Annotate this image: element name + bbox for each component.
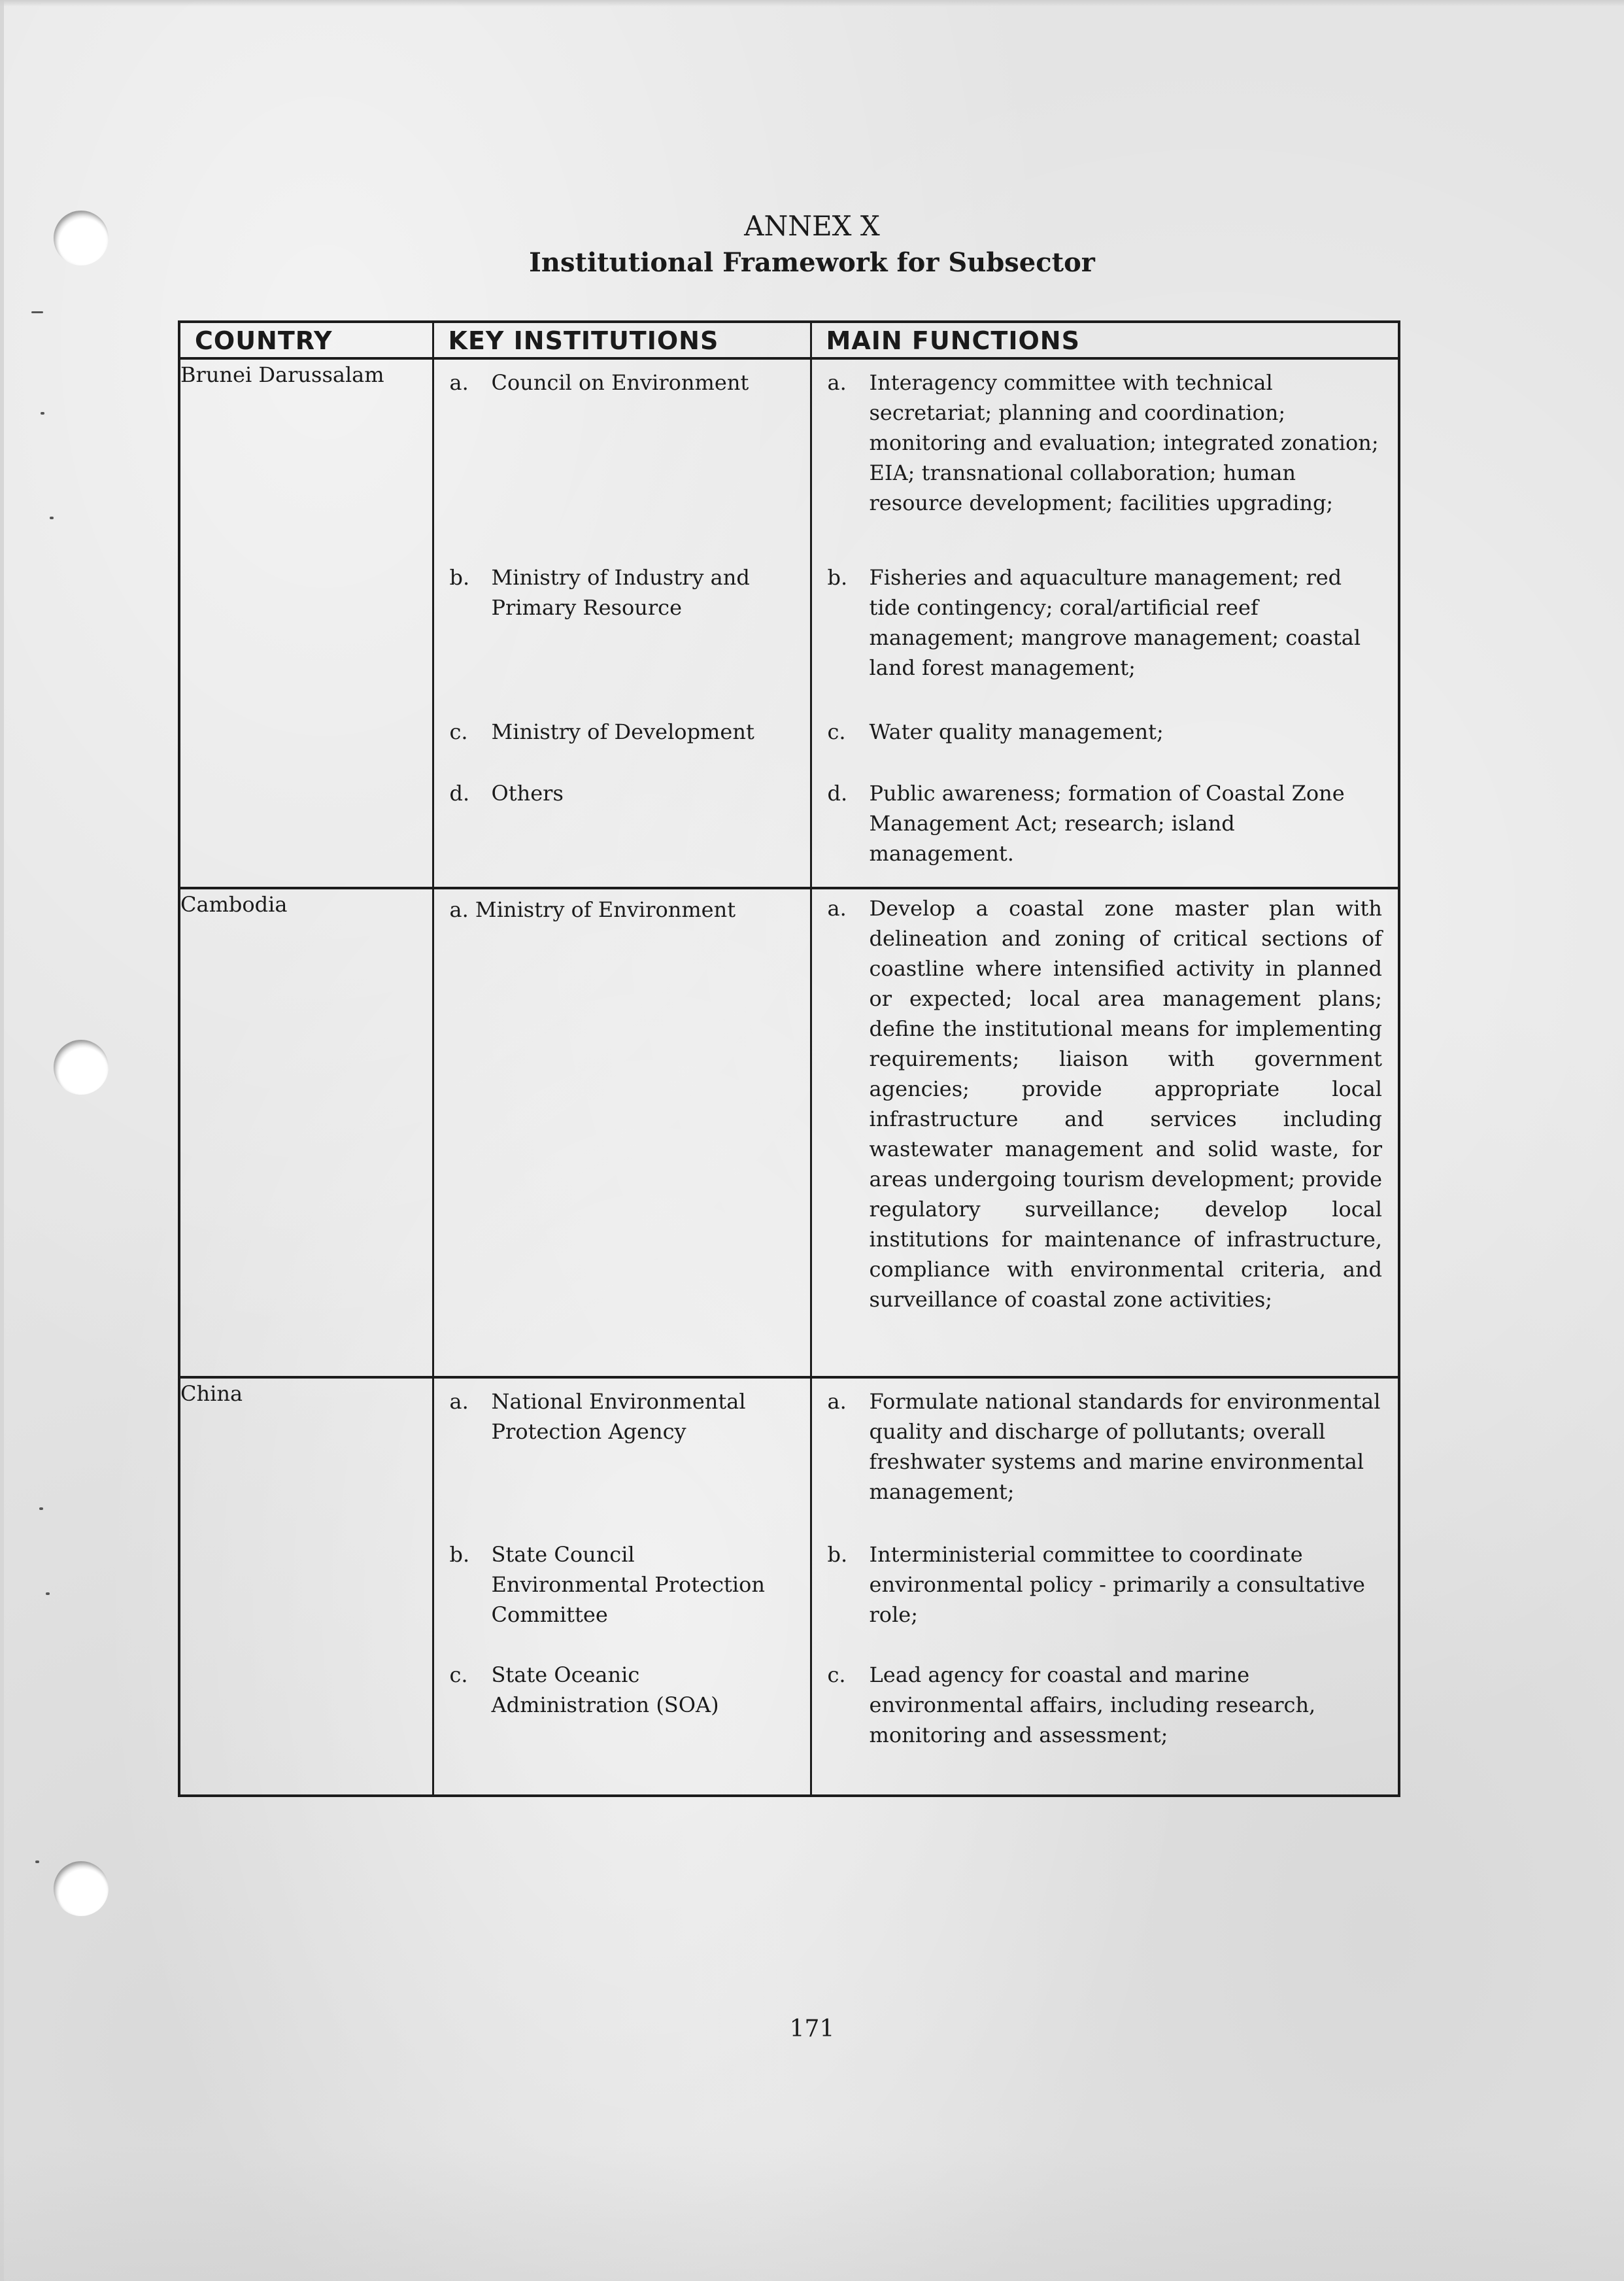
- column-header-key-institutions: KEY INSTITUTIONS: [433, 322, 811, 358]
- function-item: b.Interministerial committee to coordina…: [812, 1539, 1398, 1630]
- table-row: Cambodiaa. Ministry of Environmenta.Deve…: [179, 888, 1399, 1377]
- function-label: a.: [812, 368, 870, 518]
- function-text: Interministerial committee to coordinate…: [870, 1539, 1398, 1630]
- page-left-edge: [0, 0, 4, 2281]
- scan-speck: [31, 311, 43, 313]
- function-label: b.: [812, 1539, 870, 1630]
- column-header-country: COUNTRY: [179, 322, 433, 358]
- institution-label: b.: [434, 1539, 492, 1630]
- key-institutions-cell: a. Ministry of Environment: [433, 888, 811, 1377]
- institution-label: d.: [434, 778, 492, 808]
- punch-hole-icon: [54, 1040, 109, 1095]
- page-top-edge: [0, 0, 1624, 7]
- function-item: a.Formulate national standards for envir…: [812, 1386, 1398, 1507]
- scan-speck: [50, 517, 54, 519]
- function-text: Formulate national standards for environ…: [870, 1386, 1398, 1507]
- function-text: Public awareness; formation of Coastal Z…: [870, 778, 1398, 868]
- function-item: b.Fisheries and aquaculture management; …: [812, 562, 1398, 683]
- institution-name: National Environmental Protection Agency: [492, 1386, 810, 1447]
- function-item: c.Water quality management;: [812, 717, 1398, 747]
- function-item: c.Lead agency for coastal and marine env…: [812, 1660, 1398, 1750]
- function-label: a.: [812, 1386, 870, 1507]
- institution-name: Others: [492, 778, 810, 808]
- institution-item: c.State Oceanic Administration (SOA): [434, 1660, 810, 1720]
- punch-hole-icon: [54, 1861, 109, 1916]
- key-institutions-cell: a.National Environmental Protection Agen…: [433, 1377, 811, 1796]
- institutional-framework-table: COUNTRY KEY INSTITUTIONS MAIN FUNCTIONS …: [178, 320, 1400, 1797]
- country-cell: Brunei Darussalam: [179, 358, 433, 888]
- institution-label: a.: [434, 368, 492, 398]
- country-cell: Cambodia: [179, 888, 433, 1377]
- institution-item: b.State Council Environmental Protection…: [434, 1539, 810, 1630]
- scan-speck: [41, 412, 44, 415]
- function-label: c.: [812, 1660, 870, 1750]
- institution-name: State Council Environmental Protection C…: [492, 1539, 810, 1630]
- scan-speck: [39, 1507, 43, 1510]
- scan-speck: [46, 1592, 50, 1595]
- institution-item: c.Ministry of Development: [434, 717, 810, 747]
- function-label: d.: [812, 778, 870, 868]
- table-row: Brunei Darussalama.Council on Environmen…: [179, 358, 1399, 888]
- key-institutions-cell: a.Council on Environmentb.Ministry of In…: [433, 358, 811, 888]
- institution-item: a.National Environmental Protection Agen…: [434, 1386, 810, 1447]
- institution-label: c.: [434, 717, 492, 747]
- page-title: Institutional Framework for Subsector: [0, 245, 1624, 281]
- function-text: Interagency committee with technical sec…: [870, 368, 1398, 518]
- function-item: a.Develop a coastal zone master plan wit…: [812, 893, 1398, 1314]
- function-text: Fisheries and aquaculture management; re…: [870, 562, 1398, 683]
- function-text: Lead agency for coastal and marine envir…: [870, 1660, 1398, 1750]
- function-label: b.: [812, 562, 870, 683]
- institution-name: State Oceanic Administration (SOA): [492, 1660, 810, 1720]
- institution-name: Council on Environment: [492, 368, 810, 398]
- page-number: 171: [0, 2015, 1624, 2042]
- function-label: c.: [812, 717, 870, 747]
- institution-item: d.Others: [434, 778, 810, 808]
- country-cell: China: [179, 1377, 433, 1796]
- function-item: d.Public awareness; formation of Coastal…: [812, 778, 1398, 868]
- annex-label: ANNEX X: [0, 208, 1624, 245]
- institution-label: b.: [434, 562, 492, 623]
- function-label: a.: [812, 893, 870, 1314]
- institution-label: c.: [434, 1660, 492, 1720]
- function-item: a.Interagency committee with technical s…: [812, 368, 1398, 518]
- institution-name: Ministry of Development: [492, 717, 810, 747]
- document-header: ANNEX X Institutional Framework for Subs…: [0, 208, 1624, 281]
- main-functions-cell: a.Interagency committee with technical s…: [811, 358, 1399, 888]
- main-functions-cell: a.Develop a coastal zone master plan wit…: [811, 888, 1399, 1377]
- table-header-row: COUNTRY KEY INSTITUTIONS MAIN FUNCTIONS: [179, 322, 1399, 358]
- institution-label: a.: [434, 1386, 492, 1447]
- institution-name: Ministry of Industry and Primary Resourc…: [492, 562, 810, 623]
- function-text: Develop a coastal zone master plan with …: [870, 893, 1398, 1314]
- institution-item: a.Council on Environment: [434, 368, 810, 398]
- scan-speck: [35, 1861, 39, 1863]
- main-functions-cell: a.Formulate national standards for envir…: [811, 1377, 1399, 1796]
- institution-item: a. Ministry of Environment: [434, 892, 810, 925]
- page-bottom-shadow: [0, 2145, 1624, 2281]
- function-text: Water quality management;: [870, 717, 1398, 747]
- column-header-main-functions: MAIN FUNCTIONS: [811, 322, 1399, 358]
- institution-item: b.Ministry of Industry and Primary Resou…: [434, 562, 810, 623]
- table-row: Chinaa.National Environmental Protection…: [179, 1377, 1399, 1796]
